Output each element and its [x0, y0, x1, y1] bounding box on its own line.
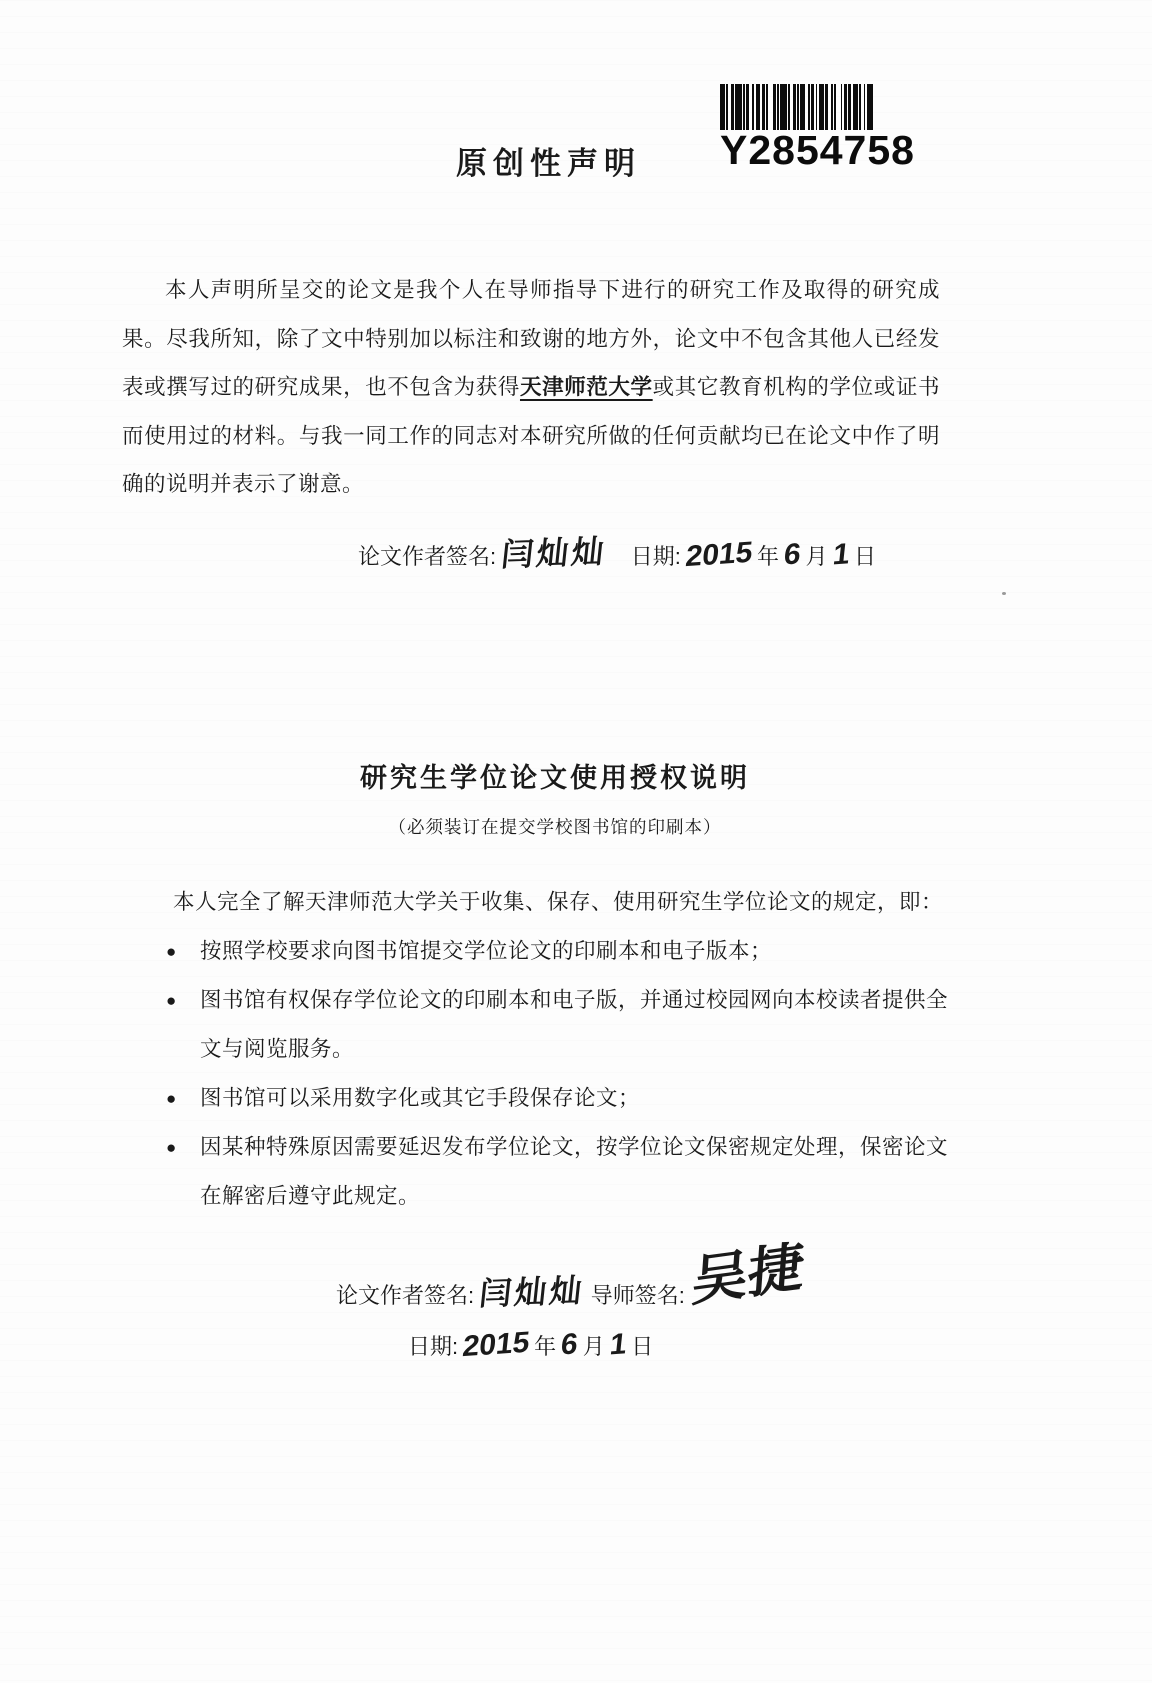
list-item: ● 图书馆有权保存学位论文的印刷本和电子版，并通过校园网向本校读者提供全文与阅览…	[166, 976, 956, 1074]
date-label: 日期:	[631, 540, 681, 571]
date-day-handwriting: 1	[831, 537, 851, 572]
declaration-title: 原创性声明	[456, 138, 641, 183]
date-month-handwriting: 6	[559, 1327, 579, 1362]
date-year-handwriting: 2015	[684, 536, 754, 575]
month-unit: 月	[583, 1330, 605, 1361]
bullet-text: 按照学校要求向图书馆提交学位论文的印刷本和电子版本；	[200, 927, 948, 976]
date-month-handwriting: 6	[782, 537, 802, 572]
barcode-block: Y2854758	[720, 84, 920, 174]
month-unit: 月	[806, 540, 828, 571]
author-signature-handwriting: 闫灿灿	[499, 526, 609, 576]
list-item: ● 因某种特殊原因需要延迟发布学位论文，按学位论文保密规定处理，保密论文在解密后…	[166, 1123, 956, 1221]
bullet-text: 因某种特殊原因需要延迟发布学位论文，按学位论文保密规定处理，保密论文在解密后遵守…	[200, 1123, 948, 1221]
authorization-bullet-list: ● 按照学校要求向图书馆提交学位论文的印刷本和电子版本； ● 图书馆有权保存学位…	[166, 927, 956, 1221]
scanned-thesis-declaration-page: 原创性声明 Y2854758 本人声明所呈交的论文是我个人在导师指导下进行的研究…	[0, 0, 1152, 1683]
university-name: 天津师范大学	[520, 375, 653, 399]
year-unit: 年	[757, 540, 779, 571]
bullet-icon: ●	[166, 1123, 200, 1172]
authorization-subtitle: （必须装订在提交学校图书馆的印刷本）	[0, 814, 1110, 839]
barcode-number: Y2854758	[720, 127, 920, 174]
author-signature-label: 论文作者签名:	[358, 540, 496, 571]
date-year-handwriting: 2015	[461, 1326, 531, 1365]
supervisor-signature-handwriting: 吴捷	[690, 1245, 805, 1304]
date-label: 日期:	[408, 1330, 458, 1361]
bullet-text: 图书馆有权保存学位论文的印刷本和电子版，并通过校园网向本校读者提供全文与阅览服务…	[200, 976, 948, 1074]
year-unit: 年	[534, 1330, 556, 1361]
day-unit: 日	[631, 1330, 653, 1361]
bullet-icon: ●	[166, 1074, 200, 1123]
authorization-signature-row: 论文作者签名: 闫灿灿 导师签名: 吴捷	[336, 1262, 803, 1313]
author-signature-handwriting: 闫灿灿	[477, 1265, 587, 1315]
supervisor-signature-label: 导师签名:	[591, 1279, 685, 1310]
list-item: ● 图书馆可以采用数字化或其它手段保存论文；	[166, 1074, 956, 1123]
date-day-handwriting: 1	[608, 1327, 628, 1362]
bullet-icon: ●	[166, 927, 200, 976]
barcode-icon	[720, 84, 920, 130]
authorization-title: 研究生学位论文使用授权说明	[0, 756, 1110, 795]
scan-artifact	[1002, 592, 1006, 595]
day-unit: 日	[854, 540, 876, 571]
author-signature-label: 论文作者签名:	[336, 1279, 474, 1310]
bullet-icon: ●	[166, 976, 200, 1025]
declaration-paragraph: 本人声明所呈交的论文是我个人在导师指导下进行的研究工作及取得的研究成果。尽我所知…	[122, 266, 940, 509]
bullet-text: 图书馆可以采用数字化或其它手段保存论文；	[200, 1074, 948, 1123]
authorization-date-row: 日期: 2015 年 6 月 1 日	[408, 1328, 653, 1362]
list-item: ● 按照学校要求向图书馆提交学位论文的印刷本和电子版本；	[166, 927, 956, 976]
declaration-signature-row: 论文作者签名: 闫灿灿 日期: 2015 年 6 月 1 日	[358, 528, 876, 574]
authorization-intro: 本人完全了解天津师范大学关于收集、保存、使用研究生学位论文的规定，即：	[130, 878, 962, 927]
